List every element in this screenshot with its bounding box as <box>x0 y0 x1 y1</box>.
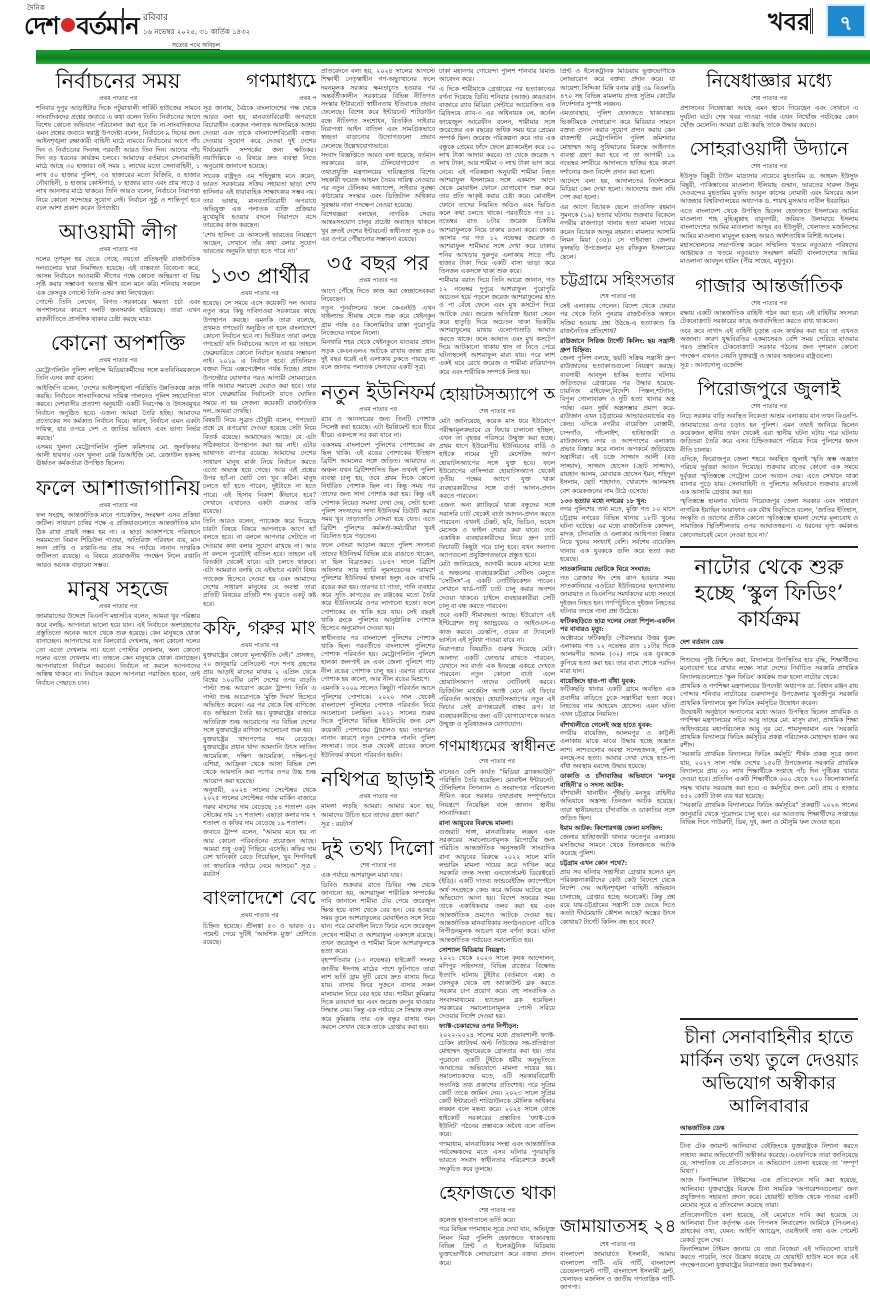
paragraph: বাঁশখালী থানাধীন পুঁইছড়ি মনসুর বাহিনীর … <box>560 790 675 823</box>
article-internet-freedom[interactable]: প্রতিবেদনে বলা হয়, ২০২৪ সালের আগস্টে শি… <box>321 68 435 244</box>
paragraph: রক্ষায় একটি আন্তর্জাতিক বাহিনী গঠন করা … <box>680 310 858 327</box>
headline-line: মার্কিন তথ্য তুলে দেওয়ার <box>680 1049 858 1072</box>
paragraph: স্মৃতিস্তম্ভে হামলার ঘটনায় পিরোজপুর জেল… <box>680 498 858 539</box>
headline[interactable]: চীনা সেনাবাহিনীর হাতে মার্কিন তথ্য তুলে … <box>680 1026 858 1118</box>
paragraph: ঢাকা মহানগর গোয়েন্দা পুলিশ শনিবার রিমান… <box>439 68 555 85</box>
paragraph: এসময় খুলনা মেট্রোপলিটন পুলিশ কমিশনার মো… <box>36 444 200 469</box>
article-school-feeding[interactable]: নাটোর থেকে শুরু হচ্ছে ‘স্কুল ফিডিং’ কার্… <box>680 554 858 827</box>
section-divider <box>680 1018 858 1020</box>
article-alibaba[interactable]: চীনা সেনাবাহিনীর হাতে মার্কিন তথ্য তুলে … <box>680 1026 858 1271</box>
paragraph: সেই এলাকায় গেলেন। বিদেশ থেকে ফেরার পর থ… <box>560 303 675 336</box>
paragraph: "সরকারি প্রাথমিক বিদ্যালয়ের ফিডিং কর্মস… <box>680 802 858 827</box>
paragraph: চীনা টেক জায়ান্ট আলিবাবা বেইজিংকে যুক্ত… <box>680 1143 858 1176</box>
headline[interactable]: দুই তথ্য দিলো <box>321 835 435 861</box>
headline[interactable]: নতুন ইউনিফর্ম <box>321 379 435 405</box>
article-jamayat-24[interactable]: জামায়াতসহ ২৪ শেষ পাতার পর বাংলাদেশ জামা… <box>560 1214 675 1293</box>
paragraph: যুক্তরাষ্ট্রের খাদ্যপণ্যের দাম বেড়েছে। … <box>203 736 316 786</box>
paragraph: ডিবিও শুক্রবার রাতে ডিবির পক্ষ থেকে জানা… <box>321 882 435 957</box>
section-divider <box>680 546 858 548</box>
continued-from: প্রথম পাতার পর <box>203 642 316 650</box>
section-label: খবর <box>768 4 810 44</box>
paragraph: প্রিন্ট ও ইলেকট্রনিক মিডিয়ায় ভুক্তভোগী… <box>560 68 675 109</box>
headline[interactable]: হেফাজতে থাকা <box>439 1180 555 1206</box>
headline[interactable]: বাংলাদেশে বেড়েছে <box>203 885 316 911</box>
logo-text-left: দেশ <box>24 12 59 40</box>
article-gonomaddhom-niyontron[interactable]: গণমাধ্যমের নিয়ন্ত্রণ প্রথম পাতার পর সূত… <box>203 68 316 257</box>
paragraph: এজন্য অন্য প্ল্যাটফর্মে থাকা বন্ধুদের সঙ… <box>439 502 555 560</box>
masthead-divider-right <box>810 8 813 34</box>
subheading: রানা আয়ুবের বিরুদ্ধে মামলা। <box>439 819 555 827</box>
headline[interactable]: নিষেধাজ্ঞার মধ্যে <box>680 68 858 94</box>
continued-from: প্রথম পাতার পর <box>321 793 435 801</box>
paragraph: আজ ফিনান্সিয়াল টাইমসের এক প্রতিবেদনে দা… <box>680 1177 858 1210</box>
paragraph: এর আগে বিচারক ছেলে তাওসিফ রহমান সুমনকে (… <box>560 204 675 262</box>
paragraph: প্রশাসনের নিষেধাজ্ঞা আছে এমন স্থানে গিয়… <box>680 105 858 130</box>
logo-emblem-icon <box>61 18 75 32</box>
headline[interactable]: জামায়াতসহ ২৪ <box>560 1214 675 1240</box>
paragraph: নিরাপত্তার বিষয়টিও গুরুত্ব দিয়েছে মেটা… <box>439 646 555 729</box>
article-fole-ashajaganiya[interactable]: ফলে আশাজাগানিয়া প্রথম পাতার পর ফল সংগ্র… <box>36 475 200 570</box>
subheading: বাঁশখালীতে গেলেই অস্ত্র হাতে যুবক: <box>560 721 675 729</box>
paragraph: সূত্র : রয়টার্স <box>321 821 435 829</box>
continued-from: প্রথম পাতার পর <box>321 406 435 414</box>
headline-line: আলিবাবার <box>680 1095 858 1118</box>
article-hefajot[interactable]: হেফাজতে থাকা শেষ পাতার পর কলেজ হাসপাতালে… <box>439 1180 555 1268</box>
paragraph: আগে পৌঁছে দিতে কাজ করা স্বেচ্ছাসেবকরা নি… <box>321 288 435 305</box>
headline[interactable]: কফি, গরুর মাংসসহ <box>203 615 316 641</box>
column-6-bottom: চীনা সেনাবাহিনীর হাতে মার্কিন তথ্য তুলে … <box>680 1018 858 1302</box>
paragraph: বাংলাদেশ জামায়াতে ইসলামী, আমার বাংলাদেশ… <box>560 1251 675 1292</box>
paragraph: শামীমার বরাত দিয়ে তিনি আরো জানান, গত ১২… <box>439 277 555 377</box>
headline[interactable]: কোনো অপশক্তি <box>36 330 200 356</box>
paragraph: শনিবার দুপুর আড়াইটার দিকে পটুয়াখালী সা… <box>36 105 200 213</box>
headline-line: নাটোর থেকে শুরু <box>680 554 858 580</box>
headline[interactable]: নির্বাচনের সময় <box>36 68 200 94</box>
article-nishedhagga[interactable]: নিষেধাজ্ঞার মধ্যে শেষ পাতার পর প্রশাসনের… <box>680 68 858 130</box>
paragraph: তবে কবে নাগাদ এই বাহিনী চূড়ান্ত এবং কার… <box>680 328 858 361</box>
continued-from: প্রথম পাতার পর <box>36 603 200 611</box>
subheading: চট্টগ্রাম এখন কোন পথে?: <box>560 859 675 867</box>
continued-from: শেষ পাতার পর <box>680 95 858 103</box>
paragraph: ২০২২-২০২৪ সালের মধ্যে প্রভাবশালী ফ্যাক্ট… <box>439 1032 555 1140</box>
paragraph: ফল সংগ্রহ, আন্তর্জাতিক মানে প্যাকেজিং, স… <box>36 512 200 570</box>
paragraph: ফিনান্সিয়াল টাইমস জানায় যে তারা নিজেরা… <box>680 1246 858 1271</box>
paragraph: জবাবে ট্রাম্প বলেন, "আমার মনে হয় না আর … <box>203 829 316 879</box>
paragraph: মেট্রোপলিটন পুলিশ লাইন্সে মিডিয়াকর্মীদে… <box>36 367 200 384</box>
paragraph: 'সরকারি প্রাথমিক বিদ্যালয়ে ফিডিং কর্মসূ… <box>680 751 858 801</box>
byline-desk: দেশ বর্তমান ডেস্ক <box>680 638 858 649</box>
paragraph: মহাসম্মেলনের সভাপতিত্ব করেন সম্মিলিত খতম… <box>680 242 858 267</box>
headline[interactable]: ফলে আশাজাগানিয়া <box>36 475 200 501</box>
paragraph: যুক্তরাষ্ট্রের কোনো মূল্যস্ফীতি নেই।" প্… <box>203 652 316 735</box>
paragraph: কলেজ হাসপাতালে ভর্তি করে। <box>439 1217 555 1225</box>
article-dhaka-murder[interactable]: ঢাকা মহানগর গোয়েন্দা পুলিশ শনিবার রিমান… <box>439 68 555 377</box>
subheading: বায়েজিদে হাত-পা বাঁধা যুবক: <box>560 677 675 685</box>
column-3: প্রতিবেদনে বলা হয়, ২০২৪ সালের আগস্টে শি… <box>321 68 435 1302</box>
paragraph: মেটা জানিয়েছে, আগামী কয়েক মাসের মধ্যে … <box>439 561 555 611</box>
continued-from: প্রথম পাতার পর <box>203 290 316 298</box>
article-35-bochhor[interactable]: ৩৫ বছর পর প্রথম পাতার পর আগে পৌঁছে দিতে … <box>321 250 435 372</box>
continued-from: প্রথম পাতার পর <box>36 95 200 103</box>
headline[interactable]: সোহরাওয়ার্দী উদ্যানে <box>680 136 858 162</box>
headline[interactable]: নাটোর থেকে শুরু হচ্ছে ‘স্কুল ফিডিং’ কার্… <box>680 554 858 632</box>
headline[interactable]: চট্টগ্রামে সহিংসতার <box>560 268 675 292</box>
paragraph: সাবেক রাষ্ট্রদূত এম শহিদুল্লাহ মনে করেন,… <box>203 173 316 231</box>
continued-from: প্রথম পাতার পর <box>36 357 200 365</box>
paragraph: র‍্যাব ও আনসারের জন্য তিনটি পোশাক সিলেক্… <box>321 416 435 441</box>
paragraph: বৃহস্পতিবার (১৩ নভেম্বর) হাইকোর্ট সংলগ্ন… <box>321 957 435 1032</box>
paragraph: আইজিপি বলেন, 'দেশের আইনশৃঙ্খলা পরিস্থিতি… <box>36 385 200 443</box>
paragraph: আদেশে বলা হয়, আদালতের নির্দেশক্রমে মিডি… <box>560 178 675 203</box>
paragraph: মামলা লড়ছি আমরা। আমার মনে হয়, আমাদের উ… <box>321 803 435 820</box>
masthead-divider <box>122 8 124 34</box>
paragraph: সংবাদ বিজ্ঞপ্তিতে আরও বলা হয়েছে, বর্তমা… <box>321 152 435 210</box>
subheading: সোশ্যাল মিডিয়ায় নিয়ন্ত্রণ: <box>439 946 555 954</box>
headline-line: অভিযোগ অস্বীকার <box>680 1072 858 1095</box>
subheading: ডাকাতি ও চাঁদাবাজির অভিযানে 'মনসুর বাহিন… <box>560 772 675 789</box>
paragraph: গত রোজার ঈদ শেষ ঝাপ হওয়ার সময় সাতকানিয… <box>560 575 675 616</box>
paragraph: হয়েছে। সে সময়ে এসে কয়েকটি দল আবার নতু… <box>203 300 316 416</box>
paragraph: নতুন পুনর্বাসনের ফলে কেএনইউ এখন থাইল্যান… <box>321 305 435 338</box>
header-green-bar <box>36 50 870 64</box>
headline[interactable]: গণমাধ্যমের নিয়ন্ত্রণ <box>203 68 316 94</box>
continued-from: শেষ পাতার পর <box>560 293 675 301</box>
paragraph: পোস্টে তিনি লেখেন, বিগত সরকারের ক্ষমতা চ… <box>36 299 200 324</box>
headline-line: চীনা সেনাবাহিনীর হাতে <box>680 1026 858 1049</box>
paragraph: নিচে সরকার বাড়ি অবস্থিত নিকেতা আশ্রম এল… <box>680 413 858 454</box>
paragraph: সূত্র : আনাদোলু এজেন্সি <box>680 362 858 370</box>
article-chattogram[interactable]: চট্টগ্রামে সহিংসতার শেষ পাতার পর সেই এলা… <box>560 268 675 927</box>
subheading: ১৩৩ হত্যার মধ্যে নগরের ১৮ খুন: <box>560 497 675 505</box>
headline[interactable]: হোয়াটসঅ্যাপে আসছে <box>439 383 555 407</box>
headline[interactable]: পিরোজপুরে জুলাই <box>680 376 858 402</box>
column-2: গণমাধ্যমের নিয়ন্ত্রণ প্রথম পাতার পর সূত… <box>203 68 316 1302</box>
article-notun-uniform[interactable]: নতুন ইউনিফর্ম প্রথম পাতার পর র‍্যাব ও আন… <box>321 379 435 760</box>
byline-desk: আন্তর্জাতিক ডেস্ক <box>680 1124 858 1135</box>
continued-from: প্রথম পাতার পর <box>36 502 200 510</box>
paragraph: স্বাধীনতার পর বাংলাদেশ পুলিশের পোশাক খাক… <box>321 635 435 685</box>
paragraph: উদ্বোধনী অনুষ্ঠানে অন্যান্যের মধ্যে আরও … <box>680 709 858 750</box>
article-kono-aposhokti[interactable]: কোনো অপশক্তি প্রথম পাতার পর মেট্রোপলিটন … <box>36 330 200 469</box>
continued-from: শেষ পাতার পর <box>680 403 858 411</box>
continued-from: শেষ পাতার পর <box>439 758 555 766</box>
issue-day: রবিবার <box>143 10 168 25</box>
paragraph: তবে একটি সীমাবদ্ধতা আছে। ইউরোপে এই ইন্টি… <box>439 612 555 645</box>
continued-from: শেষ পাতার পর <box>680 163 858 171</box>
headline[interactable]: গণমাধ্যমের স্বাধীনতা <box>439 735 555 757</box>
article-whatsapp[interactable]: হোয়াটসঅ্যাপে আসছে শেষ পাতার পর মেটা জান… <box>439 383 555 729</box>
headline[interactable]: মানুষ সহজে <box>36 576 200 602</box>
article-nothipotro[interactable]: নথিপত্র ছাড়াই প্রথম পাতার পর মামলা লড়ছ… <box>321 766 435 829</box>
paragraph: প্রাথমিক ও গণশিক্ষা মন্ত্রণালয়ের উপদেষ্… <box>680 683 858 708</box>
article-nirbachon[interactable]: নির্বাচনের সময় প্রথম পাতার পর শনিবার দু… <box>36 68 200 213</box>
continued-from: প্রথম পাতার পর <box>203 95 316 103</box>
article-hefajot-continued[interactable]: প্রিন্ট ও ইলেকট্রনিক মিডিয়ায় ভুক্তভোগী… <box>560 68 675 262</box>
subheading: সাতকানিয়ায় ভোটকে ঘিরে সংঘাত: <box>560 565 675 573</box>
paragraph: নগর পুলিশের তথ্য মতে, মুক্তি গত ১০ মাসে … <box>560 506 675 564</box>
headline[interactable]: ৩৫ বছর পর <box>321 250 435 276</box>
paragraph: ফটিকছড়ি থানার একটি গ্রামে অবস্থিত এক প্… <box>560 686 675 719</box>
paragraph: মাসেরও বেশি কার্যত "মিডিয়া ব্ল্যাকআউট" … <box>439 769 555 819</box>
paragraph: একসময় বাংলাদেশ পুলিশের পোশাকের রং ছিল খ… <box>321 442 435 542</box>
paragraph: ২০২১ থেকে ২০২৩ সালে কৃষক আন্দোলন, মণিপুর… <box>439 955 555 1021</box>
column-5-bottom: জামায়াতসহ ২৪ শেষ পাতার পর বাংলাদেশ জামা… <box>560 1214 675 1302</box>
article-dui-tothyo[interactable]: দুই তথ্য দিলো শেষ পাতার পর এক পর্যায়ে আ… <box>321 835 435 1032</box>
paragraph: নগরীর বায়েজিদ, আলমপুর ও কাট্টলী এলাকায়… <box>560 730 675 771</box>
headline[interactable]: ১৩৩ প্রার্থীর <box>203 263 316 289</box>
column-1: নির্বাচনের সময় প্রথম পাতার পর শনিবার দু… <box>36 68 200 1302</box>
paragraph: এতে বাংলাদেশ থেকে উপস্থিত ছিলেন হেফাজতে … <box>680 208 858 241</box>
paragraph: চিহ্নিত হয়েছে। শ্রীলঙ্কা ৫৩ ও ভারত ৫১ প… <box>203 923 316 948</box>
paragraph: এদিকে, ফিরোজপুর জেলা শহরে অবস্থিত জুলাই … <box>680 456 858 497</box>
paragraph: প্রতিবেদনে বলা হয়, ২০২৪ সালের আগস্টে শি… <box>321 68 435 151</box>
paragraph: তিনি আরও বলেন, প্যাকেজ করে দিয়েছে চারটা… <box>203 518 316 609</box>
article-gonomaddhom-swadhinota[interactable]: গণমাধ্যমের স্বাধীনতা শেষ পাতার পর মাসেরও… <box>439 735 555 1174</box>
paragraph: জামায়াতের উদ্দেশে বিএনপি মহাসচিব বলেন, … <box>36 613 200 688</box>
paragraph: ফলে নোংরা আড়াল করতে পুলিশ সদস্যরা তাদের… <box>321 542 435 633</box>
continued-from: শেষ পাতার পর <box>321 862 435 870</box>
paragraph: প্রতিবেদনটিতে বলা হয়েছে, ওই মেমোতে দাবি… <box>680 1212 858 1245</box>
paragraph: জেলার হাটহাজারী থানার ফতেপুর এলাকায় মসজ… <box>560 834 675 859</box>
masthead: দৈনিক দেশবর্তমান রবিবার ১৬ নভেম্বর ২০২৫,… <box>0 0 870 40</box>
paragraph: মেটা জানিয়েছে, কয়েক মাস ধরে ইউরোপে পরী… <box>439 418 555 501</box>
tagline: সত্যের পথে অবিচল <box>70 43 220 50</box>
paragraph: 'শেখ হাসিনা যে আসলেই ভারতের নিয়ন্ত্রণে … <box>203 232 316 257</box>
subheading: রাউজানে সিরিজ টার্গেট কিলিং: ছয় সন্ত্রা… <box>560 337 675 354</box>
continued-from: শেষ পাতার পর <box>439 1207 555 1215</box>
issue-date: ১৬ নভেম্বর ২০২৫, ৩১ কার্তিক ১৪৩২ <box>143 26 250 38</box>
paragraph: এ দিকে শামীমাকে গ্রেপ্তারের পর হত্যাকাণ্… <box>439 86 555 277</box>
column-4: ঢাকা মহানগর গোয়েন্দা পুলিশ শনিবার রিমান… <box>439 68 555 1302</box>
paragraph: শিশুদের পুষ্টি নিশ্চিত করা, বিদ্যালয়ে উ… <box>680 657 858 682</box>
headline[interactable]: নথিপত্র ছাড়াই <box>321 766 435 792</box>
article-gaza[interactable]: গাজার আন্তর্জাতিক শেষ পাতার পর রক্ষায় এ… <box>680 273 858 370</box>
article-manush-sohoje[interactable]: মানুষ সহজে প্রথম পাতার পর জামায়াতের উদ্… <box>36 576 200 688</box>
paragraph: দলের তৃণমূল হয় ভেঙে গেছে, নয়তো প্রতিদ্… <box>36 256 200 297</box>
continued-from: শেষ পাতার পর <box>680 300 858 308</box>
paragraph: এমনকি ২০০৯ সালেও কিছুটা পরিবর্তন আসে পুল… <box>321 685 435 760</box>
page-number-badge: ৭ <box>826 4 866 38</box>
paragraph: বিষয়টি নিয়ে সুব্রত চৌধুরী বলেন, গণভোট … <box>203 417 316 517</box>
article-133-prarthi[interactable]: ১৩৩ প্রার্থীর প্রথম পাতার পর হয়েছে। সে … <box>203 263 316 609</box>
article-sohrawardi[interactable]: সোহরাওয়ার্দী উদ্যানে শেষ পাতার পর ইউসুফ… <box>680 136 858 267</box>
paragraph: বিশেষজ্ঞরা বলছেন, নাগরিক সেবার আন্তঃসংযো… <box>321 211 435 244</box>
paragraph: ইউসুফ বিন্নুরী টাউন মাদ্রাসার নায়েবে মু… <box>680 173 858 206</box>
paragraph: অক্টোবরে ফটিকছড়ি পৌরসভার উত্তর ধুরুং এল… <box>560 635 675 676</box>
paragraph: এমতাবস্থায়, পুলিশ হেফাজতে থাকাবস্থায় ভ… <box>560 110 675 176</box>
paragraph: গুজরাট দাঙ্গা, মানবাধিকার লঙ্ঘন এবং সরকা… <box>439 829 555 945</box>
continued-from: প্রথম পাতার পর <box>203 912 316 920</box>
column-5: প্রিন্ট ও ইলেকট্রনিক মিডিয়ায় ভুক্তভোগী… <box>560 68 675 1302</box>
paragraph: এক পর্যায়ে আশরাফুল মারা যায়। <box>321 872 435 880</box>
logo-text-right: বর্তমান <box>77 12 139 40</box>
continued-from: প্রথম পাতার পর <box>36 246 200 254</box>
headline[interactable]: আওয়ামী লীগ <box>36 219 200 245</box>
subheading: ইমাম আটক: কিশোরগঞ্জ জেলা মসজিদ: <box>560 824 675 832</box>
continued-from: শেষ পাতার পর <box>560 1241 675 1249</box>
paragraph: প্রায় সব ঘটনায় সন্ত্রাসীরা গ্রেপ্তার হ… <box>560 869 675 927</box>
article-pirojpur[interactable]: পিরোজপুরে জুলাই শেষ পাতার পর নিচে সরকার … <box>680 376 858 540</box>
paragraph: সূত্র জানায়, বৈঠকে বাংলাদেশের পক্ষ থেকে… <box>203 105 316 171</box>
article-bangladesh-bereche[interactable]: বাংলাদেশে বেড়েছে প্রথম পাতার পর চিহ্নিত… <box>203 885 316 947</box>
paragraph: জেলা পুলিশ বলছে, ছয়টি সক্রিয় সন্ত্রাসী… <box>560 355 675 496</box>
paragraph: গণমাধ্যম, মানবাধিকার সংস্থা এবং আন্তর্জা… <box>439 1141 555 1174</box>
headline[interactable]: গাজার আন্তর্জাতিক <box>680 273 858 299</box>
headline-line: হচ্ছে ‘স্কুল ফিডিং’ <box>680 580 858 606</box>
continued-from: শেষ পাতার পর <box>439 408 555 416</box>
subheading: ফটিকছড়িতে ছাত্র দলের নেতা শিপুল-একদিন প… <box>560 617 675 634</box>
article-kofi[interactable]: কফি, গরুর মাংসসহ প্রথম পাতার পর যুক্তরাষ… <box>203 615 316 879</box>
article-awami-league[interactable]: আওয়ামী লীগ প্রথম পাতার পর দলের তৃণমূল হ… <box>36 219 200 324</box>
subheading: ফ্যাক্ট-চেকারদের ওপর নিপীড়ন: <box>439 1022 555 1030</box>
paragraph: পরে বিভিন্ন গণমাধ্যম সূত্রে দেখা যায়, অ… <box>439 1226 555 1267</box>
headline-line: কার্যক্রম <box>680 606 858 632</box>
continued-from: প্রথম পাতার পর <box>321 277 435 285</box>
paragraph: মিনথারি শহর থেকে থেইনকুনে যাওয়ার প্রধান… <box>321 339 435 372</box>
paragraph: অনুযায়ী, ২০২৪ সালের সেপ্টেম্বর থেকে ২০২… <box>203 787 316 828</box>
